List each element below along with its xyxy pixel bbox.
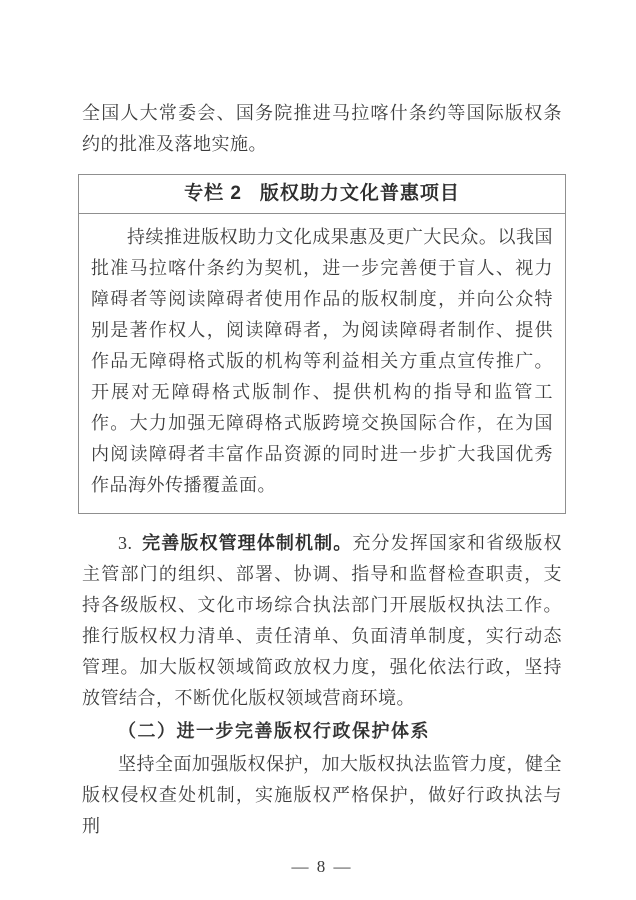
- column-box-label: 专栏 2: [184, 183, 242, 204]
- item-3-number: 3.: [118, 533, 133, 553]
- special-column-box: 专栏 2版权助力文化普惠项目 持续推进版权助力文化成果惠及更广大民众。以我国批准…: [78, 174, 566, 514]
- page-number: — 8 —: [82, 854, 562, 880]
- page-content: 全国人大常委会、国务院推进马拉喀什条约等国际版权条约的批准及落地实施。 专栏 2…: [0, 0, 636, 880]
- column-box-text: 持续推进版权助力文化成果惠及更广大民众。以我国批准马拉喀什条约为契机，进一步完善…: [91, 222, 553, 501]
- closing-paragraph: 坚持全面加强版权保护，加大版权执法监管力度，健全版权侵权查处机制，实施版权严格保…: [82, 749, 562, 842]
- item-3-lead: 完善版权管理体制机制。: [142, 533, 353, 553]
- intro-paragraph: 全国人大常委会、国务院推进马拉喀什条约等国际版权条约的批准及落地实施。: [82, 98, 562, 160]
- item-3-paragraph: 3.完善版权管理体制机制。充分发挥国家和省级版权主管部门的组织、部署、协调、指导…: [82, 528, 562, 714]
- document-page: 全国人大常委会、国务院推进马拉喀什条约等国际版权条约的批准及落地实施。 专栏 2…: [0, 0, 636, 900]
- item-3-text: 充分发挥国家和省级版权主管部门的组织、部署、协调、指导和监督检查职责，支持各级版…: [82, 533, 562, 708]
- column-box-title: 版权助力文化普惠项目: [260, 183, 460, 204]
- section-heading: （二）进一步完善版权行政保护体系: [82, 716, 562, 747]
- column-box-body: 持续推进版权助力文化成果惠及更广大民众。以我国批准马拉喀什条约为契机，进一步完善…: [79, 214, 565, 513]
- column-box-title-row: 专栏 2版权助力文化普惠项目: [79, 175, 565, 214]
